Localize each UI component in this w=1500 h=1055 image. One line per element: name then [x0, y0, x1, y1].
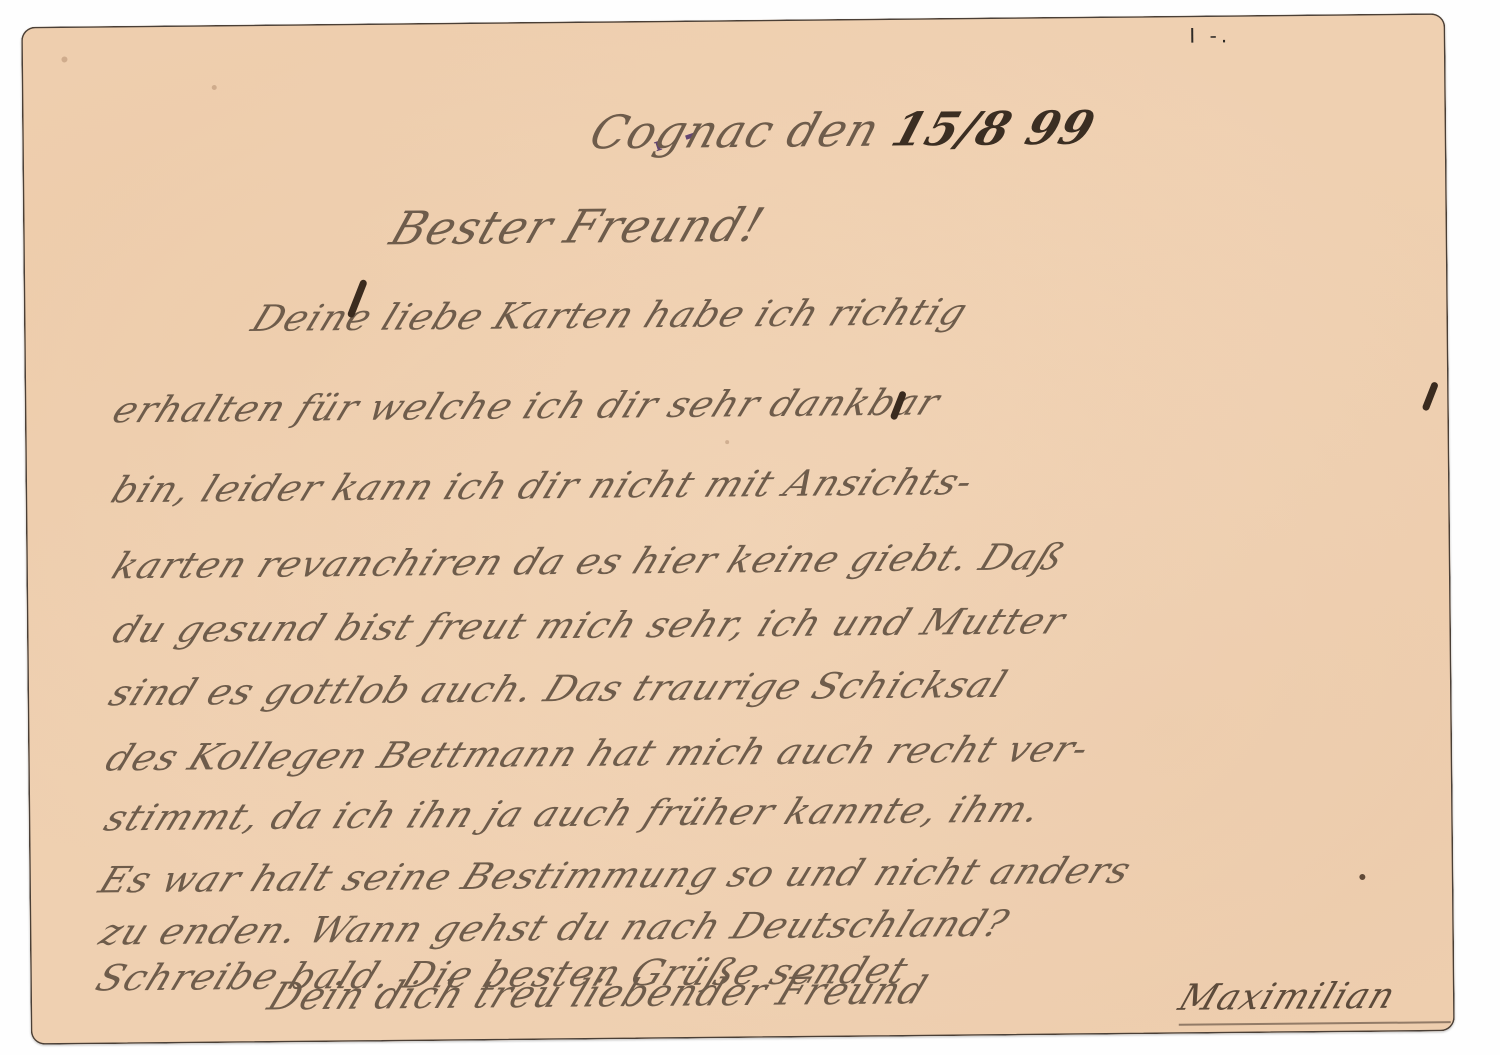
paper-speck — [1359, 874, 1365, 880]
body-line: erhalten für welche ich dir sehr dankbar — [107, 381, 947, 431]
paper-speck — [725, 440, 729, 444]
dateline: Cognac den 15/8 99 — [584, 100, 1103, 159]
paper-speck — [61, 56, 67, 62]
body-line: bin, leider kann ich dir nicht mit Ansic… — [105, 461, 980, 511]
printed-marks: I -. — [1189, 23, 1231, 47]
date: 15/8 99 — [885, 100, 1102, 156]
letter-body: Deine liebe Karten habe ich richtig erha… — [21, 13, 1445, 27]
postcard: I -. ı ▬ Cognac den 15/8 99 Bester Freun… — [21, 13, 1455, 1045]
body-line: Es war halt seine Bestimmung so und nich… — [93, 849, 1138, 901]
date-prefix: den — [780, 103, 886, 158]
body-line: sind es gottlob auch. Das traurige Schic… — [103, 663, 1013, 714]
paper-speck — [212, 85, 217, 90]
salutation: Bester Freund! — [384, 198, 772, 256]
signature-underline — [1179, 1021, 1451, 1026]
ink-stroke — [1422, 381, 1439, 411]
body-line: karten revanchiren da es hier keine gieb… — [106, 536, 1071, 587]
closing-line: Dein dich treu liebender Freund — [262, 968, 934, 1018]
signature: Maximilian — [1173, 976, 1401, 1019]
place-name: Cognac — [584, 104, 782, 160]
body-line: zu enden. Wann gehst du nach Deutschland… — [94, 902, 1016, 953]
body-line: du gesund bist freut mich sehr, ich und … — [107, 600, 1072, 651]
scanned-postcard: I -. ı ▬ Cognac den 15/8 99 Bester Freun… — [0, 0, 1500, 1055]
body-line: des Kollegen Bettmann hat mich auch rech… — [100, 728, 1096, 779]
body-line: stimmt, da ich ihn ja auch früher kannte… — [99, 788, 1049, 839]
